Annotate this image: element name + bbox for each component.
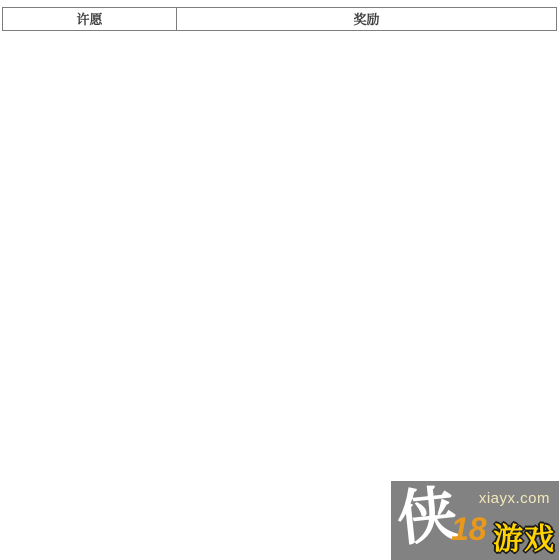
page: 许愿 奖励 xiayx.com 侠 18 游戏 bbox=[0, 0, 559, 560]
watermark: xiayx.com 侠 18 游戏 bbox=[391, 481, 559, 560]
watermark-site-url: xiayx.com bbox=[479, 490, 550, 507]
wish-reward-table: 许愿 奖励 bbox=[2, 7, 557, 31]
watermark-number: 18 bbox=[451, 511, 487, 548]
reward-column-header: 奖励 bbox=[177, 8, 557, 31]
wish-column-header: 许愿 bbox=[3, 8, 177, 31]
header-row: 许愿 奖励 bbox=[3, 8, 557, 31]
watermark-game-text: 游戏 bbox=[493, 514, 555, 558]
